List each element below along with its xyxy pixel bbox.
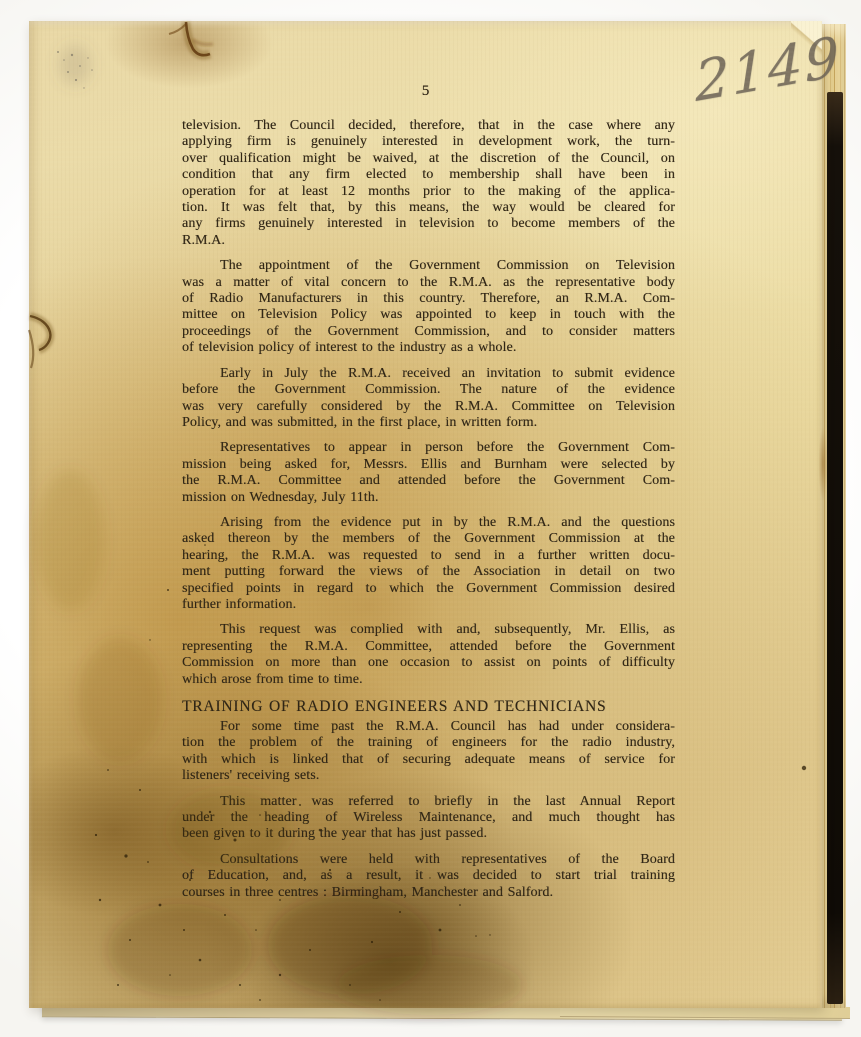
text-line: any firms genuinely interested in televi… [182, 216, 675, 232]
text-line: was a matter of vital concern to the R.M… [182, 275, 675, 291]
text-line: listeners' receiving sets. [182, 768, 675, 784]
text-line: of Education, and, as a result, it was d… [182, 868, 675, 884]
text-line: The appointment of the Government Commis… [182, 258, 675, 274]
text-line: specified points in regard to which the … [182, 581, 675, 597]
fore-edge-stain [818, 420, 828, 530]
paragraph: This request was complied with and, subs… [182, 622, 675, 688]
text-line: This request was complied with and, subs… [182, 622, 675, 638]
text-line: was very carefully considered by the R.M… [182, 399, 675, 415]
text-line: representing the R.M.A. Committee, atten… [182, 639, 675, 655]
text-block: television. The Council decided, therefo… [182, 118, 675, 910]
text-line: Consultations were held with representat… [182, 852, 675, 868]
paragraph: This matter was referred to briefly in t… [182, 794, 675, 843]
text-line: R.M.A. [182, 233, 675, 249]
paragraph: television. The Council decided, therefo… [182, 118, 675, 249]
text-line: This matter was referred to briefly in t… [182, 794, 675, 810]
text-line: of television policy of interest to the … [182, 340, 675, 356]
text-line: Commission on more than one occasion to … [182, 655, 675, 671]
paragraph: For some time past the R.M.A. Council ha… [182, 719, 675, 785]
text-line: before the Government Commission. The na… [182, 382, 675, 398]
text-line: mission on Wednesday, July 11th. [182, 490, 675, 506]
text-line: Arising from the evidence put in by the … [182, 515, 675, 531]
text-line: been given to it during the year that ha… [182, 826, 675, 842]
text-line: under the heading of Wireless Maintenanc… [182, 810, 675, 826]
text-line: operation for at least 12 months prior t… [182, 184, 675, 200]
text-line: courses in three centres : Birmingham, M… [182, 885, 675, 901]
pencil-annotation: 2149 [694, 24, 842, 114]
text-line: mittee on Television Policy was appointe… [182, 307, 675, 323]
section-heading: TRAINING OF RADIO ENGINEERS AND TECHNICI… [182, 698, 675, 716]
text-line: ment putting forward the views of the As… [182, 564, 675, 580]
text-line: hearing, the R.M.A. was requested to sen… [182, 548, 675, 564]
text-line: condition that any firm elected to membe… [182, 167, 675, 183]
text-line: proceedings of the Government Commission… [182, 324, 675, 340]
text-line: mission being asked for, Messrs. Ellis a… [182, 457, 675, 473]
text-line: which arose from time to time. [182, 672, 675, 688]
text-line: asked thereon by the members of the Gove… [182, 531, 675, 547]
paragraph: Representatives to appear in person befo… [182, 440, 675, 506]
paragraph: Early in July the R.M.A. received an inv… [182, 366, 675, 432]
text-line: Representatives to appear in person befo… [182, 440, 675, 456]
text-line: the R.M.A. Committee and attended before… [182, 473, 675, 489]
paragraph: The appointment of the Government Commis… [182, 258, 675, 356]
text-line: with which is linked that of securing ad… [182, 752, 675, 768]
text-line: television. The Council decided, therefo… [182, 118, 675, 134]
document-page: 5 2149 television. The Council decided, … [29, 21, 822, 1008]
text-line: applying firm is genuinely interested in… [182, 134, 675, 150]
paragraph: Arising from the evidence put in by the … [182, 515, 675, 613]
text-line: Policy, and was submitted, in the first … [182, 415, 675, 431]
text-line: further information. [182, 597, 675, 613]
text-line: Early in July the R.M.A. received an inv… [182, 366, 675, 382]
paragraph: Consultations were held with representat… [182, 852, 675, 901]
page-gap-shadow [827, 92, 843, 1004]
text-line: tion the problem of the training of engi… [182, 735, 675, 751]
text-line: over qualification might be waived, at t… [182, 151, 675, 167]
text-line: of Radio Manufacturers in this country. … [182, 291, 675, 307]
text-line: tion. It was felt that, by this means, t… [182, 200, 675, 216]
text-line: For some time past the R.M.A. Council ha… [182, 719, 675, 735]
